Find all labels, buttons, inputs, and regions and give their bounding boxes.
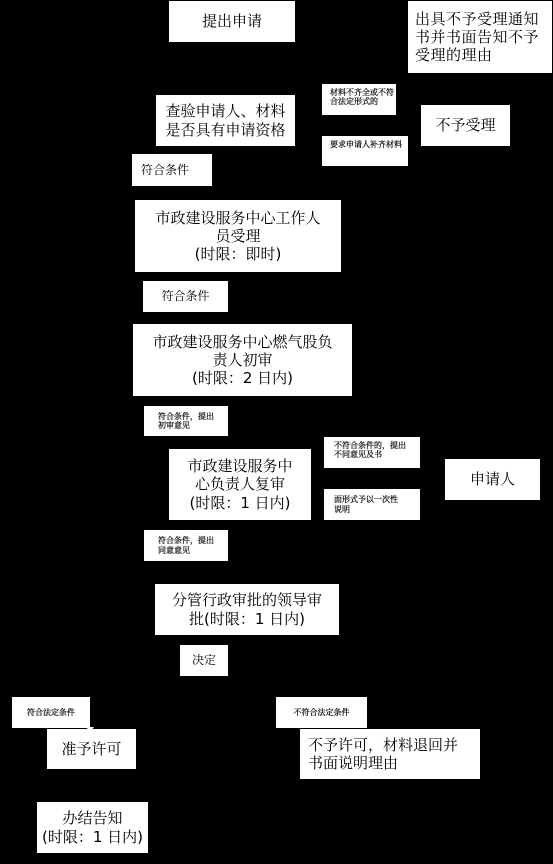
node-label: 符合条件 <box>161 289 209 304</box>
node-label: 材料不齐全或不符 合法定形式的 <box>330 88 394 106</box>
node-label: 办结告知 (时限：1 日内) <box>42 809 143 846</box>
node-deny-permit: 不予许可，材料退回并 书面说明理由 <box>300 729 480 779</box>
node-applicant: 申请人 <box>445 459 540 500</box>
label-decision: 决定 <box>180 645 228 676</box>
node-label: 符合条件，提出 同意意见 <box>158 536 214 554</box>
node-staff-acceptance: 市政建设服务中心工作人 员受理 (时限：即时) <box>135 200 341 272</box>
node-completion-notice: 办结告知 (时限：1 日内) <box>37 802 148 853</box>
node-label: 决定 <box>192 653 216 668</box>
node-label: 不符合法定条件 <box>294 708 350 717</box>
node-submit-application: 提出申请 <box>169 1 295 42</box>
label-meets-agree-opinion: 符合条件，提出 同意意见 <box>144 530 228 561</box>
node-rejection-notice: 出具不予受理通知 书并书面告知不予 受理的理由 <box>408 1 552 73</box>
label-supplement-materials: 要求申请人补齐材料 <box>322 136 408 166</box>
node-label: 分管行政审批的领导审 批(时限：1 日内) <box>172 591 322 628</box>
label-incomplete-materials: 材料不齐全或不符 合法定形式的 <box>322 84 396 115</box>
node-not-accepted: 不予受理 <box>421 105 510 146</box>
label-not-meet-conditions: 不符合条件的，提出 不同意见及书 <box>324 437 420 468</box>
label-written-one-time-explanation: 面形式予以一次性 说明 <box>324 489 420 520</box>
node-label: 要求申请人补齐材料 <box>330 140 402 149</box>
node-label: 不予受理 <box>435 116 495 134</box>
label-meets-conditions-1: 符合条件 <box>132 154 212 186</box>
label-not-meet-legal-conditions: 不符合法定条件 <box>276 697 367 728</box>
node-label: 市政建设服务中心工作人 员受理 (时限：即时) <box>155 209 320 264</box>
label-meets-initial-opinion: 符合条件，提出 初审意见 <box>144 406 228 436</box>
node-label: 出具不予受理通知 书并书面告知不予 受理的理由 <box>415 10 539 65</box>
node-label: 准予许可 <box>61 740 121 758</box>
label-meets-conditions-2: 符合条件 <box>143 281 228 312</box>
node-label: 不予许可，材料退回并 书面说明理由 <box>308 736 458 773</box>
node-head-second-review: 市政建设服务中 心负责人复审 (时限：1 日内) <box>169 449 311 520</box>
node-label: 符合条件，提出 初审意见 <box>158 412 214 430</box>
node-label: 提出申请 <box>202 12 262 30</box>
node-label: 市政建设服务中心燃气股负 责人初审 (时限：2 日内) <box>152 333 332 388</box>
node-gas-section-initial-review: 市政建设服务中心燃气股负 责人初审 (时限：2 日内) <box>133 324 352 396</box>
node-label: 查验申请人、材料 是否具有申请资格 <box>165 102 285 139</box>
node-grant-permit: 准予许可 <box>47 729 136 769</box>
node-label: 符合法定条件 <box>27 708 75 717</box>
node-label: 市政建设服务中 心负责人复审 (时限：1 日内) <box>187 457 292 512</box>
node-verify-eligibility: 查验申请人、材料 是否具有申请资格 <box>156 95 295 146</box>
label-meets-legal-conditions: 符合法定条件 <box>12 697 90 728</box>
node-label: 面形式予以一次性 说明 <box>334 495 398 513</box>
node-leader-approval: 分管行政审批的领导审 批(时限：1 日内) <box>155 584 339 635</box>
node-label: 不符合条件的，提出 不同意见及书 <box>334 441 406 459</box>
node-label: 申请人 <box>470 470 515 488</box>
node-label: 符合条件 <box>141 163 189 178</box>
